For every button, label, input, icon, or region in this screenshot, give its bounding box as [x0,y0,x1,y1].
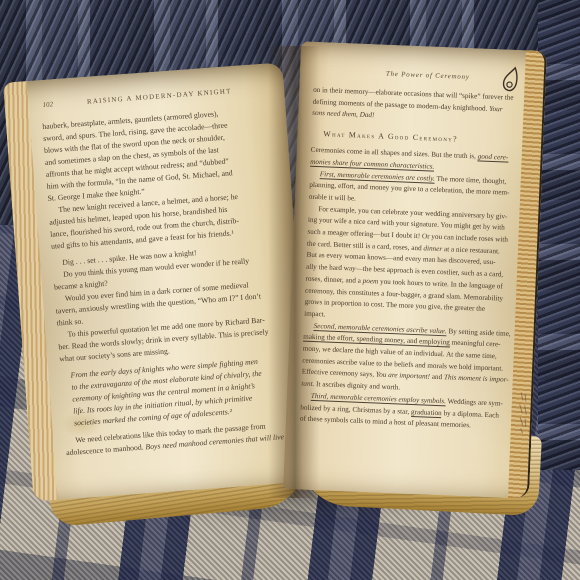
right-page-text-top: on in their memory—elaborate occasions t… [312,85,523,129]
margin-pencil-scribble [515,390,531,435]
right-running-header: The Power of Ceremony [340,69,516,83]
left-running-header: 102 RAISING A MODERN-DAY KNIGHT [43,86,255,109]
photo-of-open-book: 102 RAISING A MODERN-DAY KNIGHT hauberk,… [0,0,580,580]
handwritten-circled-doodle-icon [497,65,524,98]
running-header-title: The Power of Ceremony [386,71,470,81]
section-heading: What Makes A Good Ceremony? [323,129,543,147]
page-number: 102 [43,101,54,109]
right-page: The Power of Ceremony on in their memory… [283,41,547,499]
left-page: 102 RAISING A MODERN-DAY KNIGHT hauberk,… [3,62,313,501]
running-header-title: RAISING A MODERN-DAY KNIGHT [87,88,232,106]
right-page-text-bottom: Ceremonies come in all shapes and sizes.… [300,145,521,434]
left-page-text: hauberk, breastplate, armlets, gauntlets… [42,104,294,459]
